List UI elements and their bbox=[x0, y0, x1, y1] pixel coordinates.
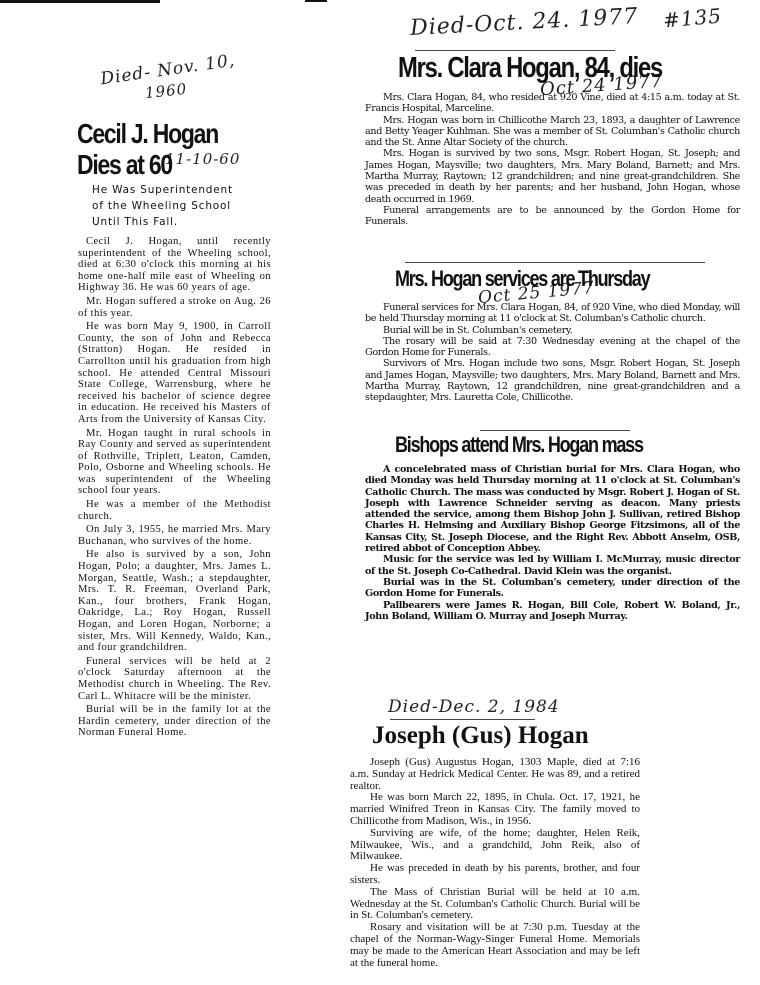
cecil-body: Cecil J. Hogan, until recently superinte… bbox=[78, 236, 271, 741]
divider-rule bbox=[415, 50, 615, 51]
cecil-deck: He Was Superintendent of the Wheeling Sc… bbox=[92, 182, 272, 230]
paragraph: Joseph (Gus) Augustus Hogan, 1303 Maple,… bbox=[350, 757, 640, 792]
paragraph: He was born May 9, 1900, in Carroll Coun… bbox=[78, 321, 271, 425]
cecil-headline-line2: Dies at 60 bbox=[77, 149, 218, 180]
deck-line: Until This Fall. bbox=[92, 214, 272, 230]
paragraph: Mrs. Clara Hogan, 84, who resided at 920… bbox=[365, 92, 740, 115]
paragraph: The Mass of Christian Burial will be hel… bbox=[350, 887, 640, 922]
handwritten-joseph-died: Died-Dec. 2, 1984 bbox=[388, 697, 560, 717]
paragraph: Rosary and visitation will be at 7:30 p.… bbox=[350, 922, 640, 969]
paragraph: He was born March 22, 1895, in Chula. Oc… bbox=[350, 792, 640, 827]
clara-body: Mrs. Clara Hogan, 84, who resided at 920… bbox=[365, 92, 740, 228]
joseph-body: Joseph (Gus) Augustus Hogan, 1303 Maple,… bbox=[350, 757, 640, 969]
handwritten-clara-ref: #135 bbox=[662, 3, 723, 32]
cecil-headline-line1: Cecil J. Hogan bbox=[77, 118, 218, 149]
divider-rule bbox=[405, 262, 705, 263]
scan-edge-mark bbox=[0, 0, 160, 3]
paragraph: Burial will be in St. Columban's cemeter… bbox=[365, 325, 740, 336]
paragraph: He was preceded in death by his parents,… bbox=[350, 863, 640, 887]
paragraph: On July 3, 1955, he married Mrs. Mary Bu… bbox=[78, 524, 271, 547]
paragraph: The rosary will be said at 7:30 Wednesda… bbox=[365, 336, 740, 359]
paragraph: Mr. Hogan suffered a stroke on Aug. 26 o… bbox=[78, 296, 271, 319]
paragraph: Cecil J. Hogan, until recently superinte… bbox=[78, 236, 271, 294]
cecil-headline: Cecil J. Hogan Dies at 60 bbox=[77, 118, 218, 180]
handwritten-cecil-year: 1960 bbox=[144, 80, 188, 102]
paragraph: Funeral services will be held at 2 o'clo… bbox=[78, 656, 271, 702]
paragraph: Surviving are wife, of the home; daughte… bbox=[350, 828, 640, 863]
paragraph: Burial was in the St. Columban's cemeter… bbox=[365, 577, 740, 600]
paragraph: Mrs. Hogan is survived by two sons, Msgr… bbox=[365, 148, 740, 204]
clara-headline: Mrs. Clara Hogan, 84, dies bbox=[398, 52, 662, 85]
paragraph: Funeral services for Mrs. Clara Hogan, 8… bbox=[365, 302, 740, 325]
deck-line: of the Wheeling School bbox=[92, 198, 272, 214]
paragraph: He also is survived by a son, John Hogan… bbox=[78, 549, 271, 653]
paragraph: Survivors of Mrs. Hogan include two sons… bbox=[365, 358, 740, 403]
divider-rule bbox=[390, 719, 535, 720]
bishops-body: A concelebrated mass of Christian burial… bbox=[365, 464, 740, 622]
paragraph: He was a member of the Methodist church. bbox=[78, 499, 271, 522]
bishops-headline: Bishops attend Mrs. Hogan mass bbox=[395, 432, 643, 458]
handwritten-clara-died: Died-Oct. 24. 1977 bbox=[410, 4, 639, 41]
scan-edge-mark bbox=[305, 0, 327, 2]
paragraph: Mrs. Hogan was born in Chillicothe March… bbox=[365, 115, 740, 149]
paragraph: Pallbearers were James R. Hogan, Bill Co… bbox=[365, 600, 740, 623]
paragraph: Mr. Hogan taught in rural schools in Ray… bbox=[78, 428, 271, 498]
paragraph: Funeral arrangements are to be announced… bbox=[365, 205, 740, 228]
paragraph: A concelebrated mass of Christian burial… bbox=[365, 464, 740, 554]
services-headline: Mrs. Hogan services are Thursday bbox=[395, 266, 649, 292]
divider-rule bbox=[480, 430, 630, 431]
paragraph: Burial will be in the family lot at the … bbox=[78, 704, 271, 739]
services-body: Funeral services for Mrs. Clara Hogan, 8… bbox=[365, 302, 740, 404]
paragraph: Music for the service was led by William… bbox=[365, 554, 740, 577]
joseph-headline: Joseph (Gus) Hogan bbox=[372, 722, 589, 750]
deck-line: He Was Superintendent bbox=[92, 182, 272, 198]
